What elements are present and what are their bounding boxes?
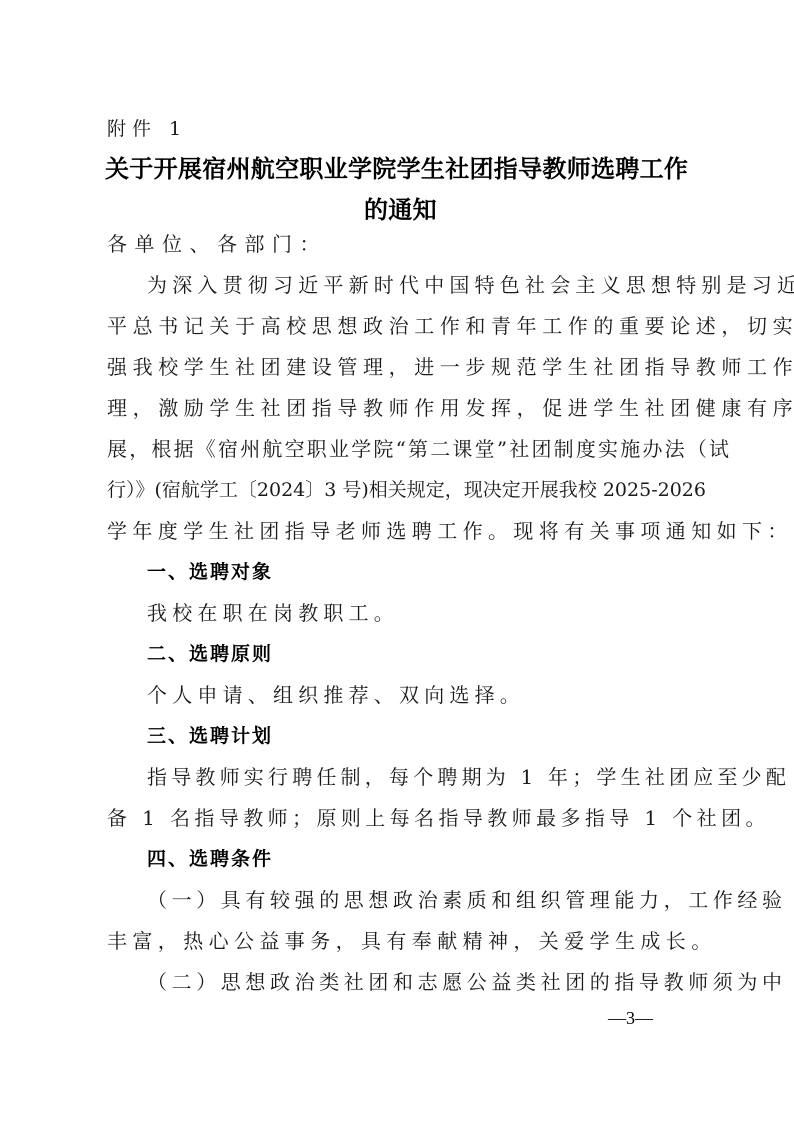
intro-line: 展，根据《宿州航空职业学院“第二课堂”社团制度实施办法（试 — [107, 435, 731, 463]
section-heading: 四、选聘条件 — [147, 845, 273, 873]
section-text: 指导教师实行聘任制，每个聘期为 1 年；学生社团应至少配 — [147, 763, 790, 791]
salutation: 各单位、各部门： — [107, 230, 327, 258]
section-heading: 三、选聘计划 — [147, 722, 273, 750]
intro-line: 强我校学生社团建设管理，进一步规范学生社团指导教师工作管 — [107, 353, 794, 381]
intro-line: 学年度学生社团指导老师选聘工作。现将有关事项通知如下： — [107, 517, 793, 545]
page-number: —3— — [608, 1008, 653, 1029]
intro-line: 理，激励学生社团指导教师作用发挥，促进学生社团健康有序发 — [107, 394, 794, 422]
attachment-label: 附件 1 — [107, 115, 187, 143]
section-text: （二）思想政治类社团和志愿公益类社团的指导教师须为中 — [147, 968, 787, 996]
section-text: 个人申请、组织推荐、双向选择。 — [147, 681, 525, 709]
intro-line: 平总书记关于高校思想政治工作和青年工作的重要论述，切实加 — [107, 312, 794, 340]
section-heading: 二、选聘原则 — [147, 640, 273, 668]
document-title-line-1: 关于开展宿州航空职业学院学生社团指导教师选聘工作 — [105, 152, 688, 186]
intro-line: 为深入贯彻习近平新时代中国特色社会主义思想特别是习近 — [147, 271, 794, 299]
section-text: 备 1 名指导教师；原则上每名指导教师最多指导 1 个社团。 — [107, 804, 770, 832]
intro-line: 行）》(宿航学工〔2024〕3 号)相关规定，现决定开展我校 2025-2026 — [107, 476, 706, 504]
document-title-line-2: 的通知 — [364, 193, 437, 227]
section-text: 我校在职在岗教职工。 — [147, 599, 399, 627]
section-text: 丰富，热心公益事务，具有奉献精神，关爱学生成长。 — [107, 927, 717, 955]
section-heading: 一、选聘对象 — [147, 558, 273, 586]
section-text: （一）具有较强的思想政治素质和组织管理能力，工作经验 — [147, 886, 787, 914]
